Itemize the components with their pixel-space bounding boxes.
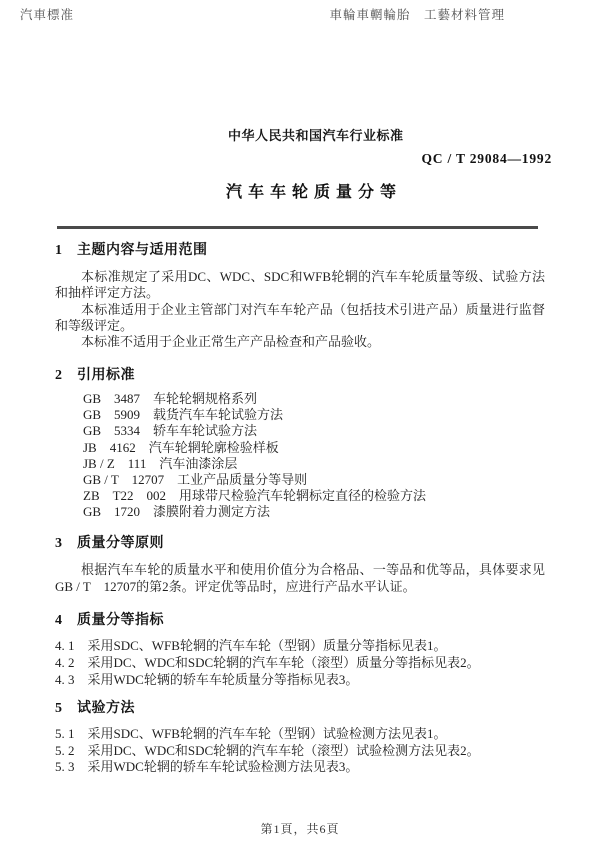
section-5-heading: 5 试验方法 xyxy=(55,697,135,717)
reference-item: JB 4162 汽车轮辋轮廓检验样板 xyxy=(55,440,545,456)
reference-item: JB / Z 111 汽车油漆涂层 xyxy=(55,456,545,472)
section-3-paragraph: 根据汽车车轮的质量水平和使用价值分为合格品、一等品和优等品，具体要求见GB / … xyxy=(55,561,545,595)
clause-item: 5. 1 采用SDC、WFB轮辋的汽车车轮（型钢）试验检测方法见表1。 xyxy=(55,726,545,743)
reference-item: GB 5909 载货汽车车轮试验方法 xyxy=(55,407,545,423)
reference-item: GB / T 12707 工业产品质量分等导则 xyxy=(55,472,545,488)
clause-item: 5. 2 采用DC、WDC和SDC轮辋的汽车车轮（滚型）试验检测方法见表2。 xyxy=(55,743,545,760)
clause-item: 4. 3 采用WDC轮辆的轿车车轮质量分等指标见表3。 xyxy=(55,671,545,688)
reference-item: GB 1720 漆膜附着力测定方法 xyxy=(55,504,545,520)
reference-item: ZB T22 002 用球带尺检验汽车轮辋标定直径的检验方法 xyxy=(55,488,545,504)
section-4-clause-list: 4. 1 采用SDC、WFB轮辋的汽车车轮（型钢）质量分等指标见表1。 4. 2… xyxy=(55,637,545,688)
section-2-heading: 2 引用标准 xyxy=(55,364,135,384)
clause-item: 4. 1 采用SDC、WFB轮辋的汽车车轮（型钢）质量分等指标见表1。 xyxy=(55,637,545,654)
band-right-label: 車輪車輞輪胎 工藝材料管理 xyxy=(329,5,505,23)
section-4-heading: 4 质量分等指标 xyxy=(55,609,164,629)
section-2-reference-list: GB 3487 车轮轮辋规格系列 GB 5909 载货汽车车轮试验方法 GB 5… xyxy=(55,391,545,521)
reference-item: GB 5334 轿车车轮试验方法 xyxy=(55,423,545,439)
clause-item: 4. 2 采用DC、WDC和SDC轮辋的汽车车轮（滚型）质量分等指标见表2。 xyxy=(55,654,545,671)
page-footer: 第1頁，共6頁 xyxy=(0,820,600,837)
section-3-heading: 3 质量分等原则 xyxy=(55,532,164,552)
standard-code: QC / T 29084—1992 xyxy=(422,151,553,167)
standard-authority-line: 中华人民共和国汽车行业标准 xyxy=(228,125,404,144)
section-1-paragraph: 本标准不适用于企业正常生产产品检查和产品验收。 xyxy=(55,334,545,350)
band-left-label: 汽車標准 xyxy=(20,5,74,23)
document-title: 汽 车 车 轮 质 量 分 等 xyxy=(226,179,397,202)
section-1-heading: 1 主题内容与适用范围 xyxy=(55,239,208,259)
clause-item: 5. 3 采用WDC轮辋的轿车车轮试验检测方法见表3。 xyxy=(55,759,545,776)
section-3-body: 根据汽车车轮的质量水平和使用价值分为合格品、一等品和优等品，具体要求见GB / … xyxy=(55,561,545,595)
section-5-clause-list: 5. 1 采用SDC、WFB轮辋的汽车车轮（型钢）试验检测方法见表1。 5. 2… xyxy=(55,726,545,776)
reference-item: GB 3487 车轮轮辋规格系列 xyxy=(55,391,545,407)
section-1-paragraph: 本标准适用于企业主管部门对汽车车轮产品（包括技术引进产品）质量进行监督和等级评定… xyxy=(55,302,545,335)
masthead-divider-rule xyxy=(57,226,538,229)
category-band: 汽車標准 車輪車輞輪胎 工藝材料管理 xyxy=(20,5,505,23)
section-1-body: 本标准规定了采用DC、WDC、SDC和WFB轮辋的汽车车轮质量等级、试验方法和抽… xyxy=(55,269,545,350)
section-1-paragraph: 本标准规定了采用DC、WDC、SDC和WFB轮辋的汽车车轮质量等级、试验方法和抽… xyxy=(55,269,545,302)
